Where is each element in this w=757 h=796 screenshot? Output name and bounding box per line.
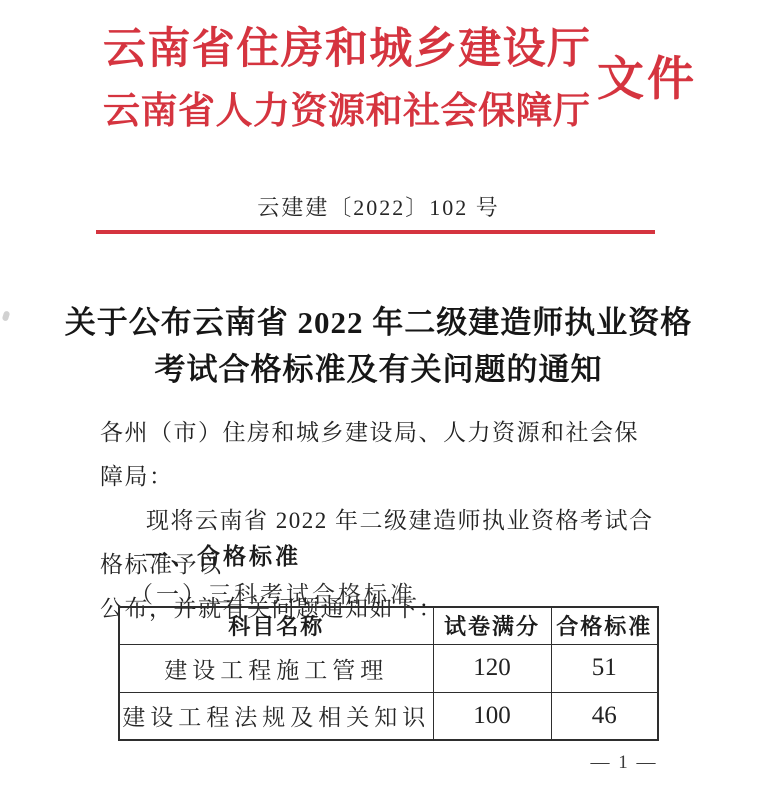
section-heading: 一、合格标准	[145, 538, 301, 571]
page-number: — 1 —	[558, 752, 690, 774]
pass-score-table: 科目名称 试卷满分 合格标准 建设工程施工管理 120 51 建设工程法规及相关…	[118, 606, 659, 741]
letterhead-document-word: 文件	[597, 52, 697, 108]
header-full-score: 试卷满分	[433, 607, 551, 644]
subject-cell: 建设工程施工管理	[119, 644, 433, 692]
letterhead-org-line-2: 云南省人力资源和社会保障厅	[103, 88, 590, 136]
document-page: 云南省住房和城乡建设厅 云南省人力资源和社会保障厅 文件 云建建〔2022〕10…	[0, 0, 757, 796]
pass-score-cell: 46	[551, 692, 658, 740]
document-title-line-1: 关于公布云南省 2022 年二级建造师执业资格	[0, 299, 757, 346]
full-score-cell: 100	[433, 692, 551, 740]
document-title: 关于公布云南省 2022 年二级建造师执业资格 考试合格标准及有关问题的通知	[0, 299, 757, 393]
document-title-line-2: 考试合格标准及有关问题的通知	[0, 346, 757, 393]
pass-score-cell: 51	[551, 644, 658, 692]
header-pass-score: 合格标准	[551, 607, 658, 644]
full-score-cell: 120	[433, 644, 551, 692]
table-row: 建设工程施工管理 120 51	[119, 644, 658, 692]
subsection-heading: （一）三科考试合格标准	[130, 576, 416, 609]
table-row: 建设工程法规及相关知识 100 46	[119, 692, 658, 740]
document-number: 云建建〔2022〕102 号	[0, 191, 757, 222]
table-header-row: 科目名称 试卷满分 合格标准	[119, 607, 658, 644]
salutation-line: 各州（市）住房和城乡建设局、人力资源和社会保障局：	[100, 411, 660, 499]
letterhead-red-rule	[96, 230, 655, 234]
letterhead-org-line-1: 云南省住房和城乡建设厅	[103, 24, 590, 76]
header-subject-name: 科目名称	[119, 607, 433, 644]
subject-cell: 建设工程法规及相关知识	[119, 692, 433, 740]
